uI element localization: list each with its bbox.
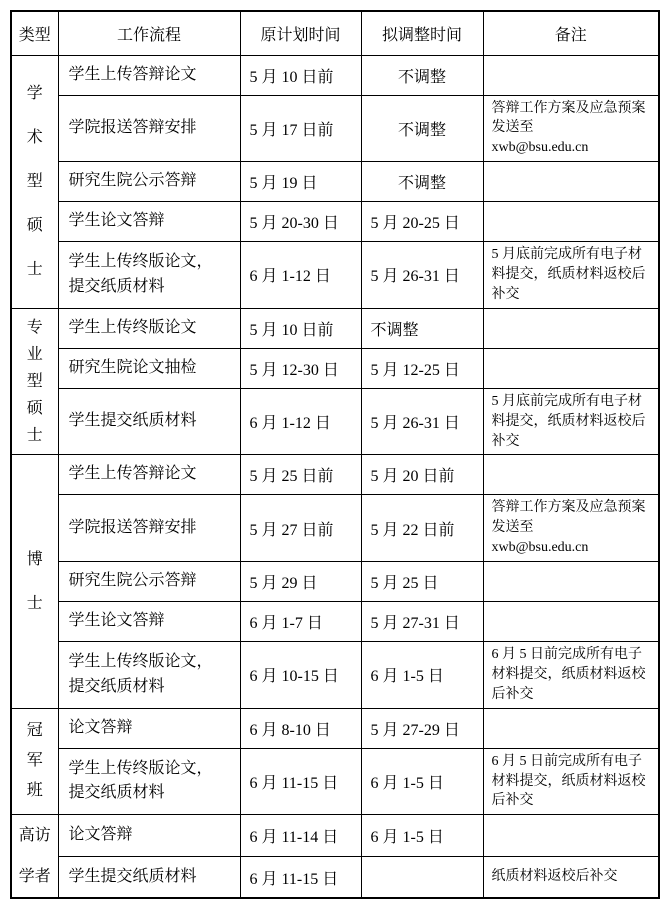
adjusted-time-cell: 5 月 20 日前 [361, 455, 483, 495]
type-label-line: 术 [12, 116, 58, 160]
process-cell: 学生论文答辩 [58, 202, 240, 242]
table-row: 博士学生上传答辩论文5 月 25 日前5 月 20 日前 [11, 455, 659, 495]
planned-time-cell: 6 月 11-14 日 [240, 815, 361, 857]
adjusted-time-cell [361, 857, 483, 899]
table-row: 学生上传终版论文，提交纸质材料6 月 1-12 日5 月 26-31 日5 月底… [11, 242, 659, 309]
remark-cell: 答辩工作方案及应急预案发送至 xwb@bsu.edu.cn [483, 95, 659, 162]
type-label-line: 士 [12, 582, 58, 626]
type-label-line: 学 [12, 72, 58, 116]
planned-time-cell: 6 月 1-7 日 [240, 602, 361, 642]
table-row: 研究生院公示答辩5 月 19 日不调整 [11, 162, 659, 202]
remark-cell: 5 月底前完成所有电子材料提交，纸质材料返校后补交 [483, 388, 659, 455]
type-cell: 高访学者 [11, 815, 58, 899]
type-label-line: 业 [12, 341, 58, 368]
adjusted-time-cell: 不调整 [361, 308, 483, 348]
planned-time-cell: 5 月 27 日前 [240, 495, 361, 562]
planned-time-cell: 6 月 10-15 日 [240, 642, 361, 709]
planned-time-cell: 6 月 1-12 日 [240, 388, 361, 455]
type-label-line: 博 [12, 538, 58, 582]
type-label-line: 高访 [12, 815, 58, 856]
adjusted-time-cell: 不调整 [361, 95, 483, 162]
table-row: 学院报送答辩安排5 月 27 日前5 月 22 日前答辩工作方案及应急预案发送至… [11, 495, 659, 562]
column-header-planned-time: 原计划时间 [240, 11, 361, 55]
process-cell: 研究生院论文抽检 [58, 348, 240, 388]
column-header-remark: 备注 [483, 11, 659, 55]
type-label-line: 硕 [12, 204, 58, 248]
remark-cell [483, 55, 659, 95]
process-cell: 学生上传终版论文，提交纸质材料 [58, 642, 240, 709]
table-row: 学生上传终版论文，提交纸质材料6 月 10-15 日6 月 1-5 日6 月 5… [11, 642, 659, 709]
adjusted-time-cell: 5 月 26-31 日 [361, 242, 483, 309]
table-row: 学生上传终版论文，提交纸质材料6 月 11-15 日6 月 1-5 日6 月 5… [11, 748, 659, 815]
adjusted-time-cell: 5 月 27-29 日 [361, 708, 483, 748]
remark-cell: 答辩工作方案及应急预案发送至 xwb@bsu.edu.cn [483, 495, 659, 562]
adjusted-time-cell: 5 月 26-31 日 [361, 388, 483, 455]
adjusted-time-cell: 6 月 1-5 日 [361, 642, 483, 709]
adjusted-time-cell: 5 月 12-25 日 [361, 348, 483, 388]
schedule-table: 类型 工作流程 原计划时间 拟调整时间 备注 学术型硕士学生上传答辩论文5 月 … [10, 10, 660, 899]
remark-cell: 5 月底前完成所有电子材料提交，纸质材料返校后补交 [483, 242, 659, 309]
planned-time-cell: 5 月 20-30 日 [240, 202, 361, 242]
process-cell: 学生上传终版论文，提交纸质材料 [58, 242, 240, 309]
type-label-line: 专 [12, 314, 58, 341]
process-cell: 论文答辩 [58, 815, 240, 857]
type-label-line: 班 [12, 776, 58, 806]
column-header-process: 工作流程 [58, 11, 240, 55]
type-label-line: 学者 [12, 856, 58, 897]
type-label-line: 军 [12, 746, 58, 776]
adjusted-time-cell: 5 月 22 日前 [361, 495, 483, 562]
process-cell: 学院报送答辩安排 [58, 495, 240, 562]
remark-cell [483, 708, 659, 748]
table-row: 冠军班论文答辩6 月 8-10 日5 月 27-29 日 [11, 708, 659, 748]
remark-cell [483, 202, 659, 242]
process-cell: 学生上传答辩论文 [58, 55, 240, 95]
planned-time-cell: 6 月 11-15 日 [240, 748, 361, 815]
remark-cell [483, 602, 659, 642]
remark-cell [483, 162, 659, 202]
planned-time-cell: 5 月 25 日前 [240, 455, 361, 495]
process-cell: 学生上传终版论文，提交纸质材料 [58, 748, 240, 815]
header-row: 类型 工作流程 原计划时间 拟调整时间 备注 [11, 11, 659, 55]
type-label-line: 硕 [12, 395, 58, 422]
planned-time-cell: 6 月 11-15 日 [240, 857, 361, 899]
adjusted-time-cell: 5 月 27-31 日 [361, 602, 483, 642]
table-row: 高访学者论文答辩6 月 11-14 日6 月 1-5 日 [11, 815, 659, 857]
column-header-type: 类型 [11, 11, 58, 55]
process-cell: 学生论文答辩 [58, 602, 240, 642]
table-row: 专业型硕士学生上传终版论文5 月 10 日前不调整 [11, 308, 659, 348]
planned-time-cell: 5 月 19 日 [240, 162, 361, 202]
adjusted-time-cell: 5 月 20-25 日 [361, 202, 483, 242]
remark-cell: 6 月 5 日前完成所有电子材料提交，纸质材料返校后补交 [483, 642, 659, 709]
remark-cell: 纸质材料返校后补交 [483, 857, 659, 899]
adjusted-time-cell: 6 月 1-5 日 [361, 815, 483, 857]
type-cell: 冠军班 [11, 708, 58, 815]
remark-cell [483, 455, 659, 495]
planned-time-cell: 5 月 10 日前 [240, 308, 361, 348]
type-cell: 专业型硕士 [11, 308, 58, 455]
remark-cell [483, 308, 659, 348]
table-row: 学术型硕士学生上传答辩论文5 月 10 日前不调整 [11, 55, 659, 95]
type-label-line: 士 [12, 248, 58, 292]
remark-cell [483, 348, 659, 388]
type-label-line: 冠 [12, 716, 58, 746]
process-cell: 研究生院公示答辩 [58, 562, 240, 602]
type-cell: 学术型硕士 [11, 55, 58, 308]
table-header: 类型 工作流程 原计划时间 拟调整时间 备注 [11, 11, 659, 55]
type-cell: 博士 [11, 455, 58, 708]
type-label-line: 型 [12, 160, 58, 204]
type-label-line: 士 [12, 422, 58, 449]
table-row: 学生论文答辩6 月 1-7 日5 月 27-31 日 [11, 602, 659, 642]
planned-time-cell: 5 月 17 日前 [240, 95, 361, 162]
table-row: 研究生院论文抽检5 月 12-30 日5 月 12-25 日 [11, 348, 659, 388]
table-row: 学生提交纸质材料6 月 11-15 日纸质材料返校后补交 [11, 857, 659, 899]
table-row: 学院报送答辩安排5 月 17 日前不调整答辩工作方案及应急预案发送至 xwb@b… [11, 95, 659, 162]
adjusted-time-cell: 5 月 25 日 [361, 562, 483, 602]
remark-cell: 6 月 5 日前完成所有电子材料提交，纸质材料返校后补交 [483, 748, 659, 815]
process-cell: 学院报送答辩安排 [58, 95, 240, 162]
type-label-line: 型 [12, 368, 58, 395]
document-page: 类型 工作流程 原计划时间 拟调整时间 备注 学术型硕士学生上传答辩论文5 月 … [0, 0, 668, 906]
process-cell: 研究生院公示答辩 [58, 162, 240, 202]
planned-time-cell: 6 月 1-12 日 [240, 242, 361, 309]
process-cell: 学生上传答辩论文 [58, 455, 240, 495]
remark-cell [483, 562, 659, 602]
table-row: 学生提交纸质材料6 月 1-12 日5 月 26-31 日5 月底前完成所有电子… [11, 388, 659, 455]
adjusted-time-cell: 6 月 1-5 日 [361, 748, 483, 815]
table-row: 研究生院公示答辩5 月 29 日5 月 25 日 [11, 562, 659, 602]
table-body: 学术型硕士学生上传答辩论文5 月 10 日前不调整学院报送答辩安排5 月 17 … [11, 55, 659, 898]
table-row: 学生论文答辩5 月 20-30 日5 月 20-25 日 [11, 202, 659, 242]
planned-time-cell: 6 月 8-10 日 [240, 708, 361, 748]
planned-time-cell: 5 月 12-30 日 [240, 348, 361, 388]
column-header-adjusted-time: 拟调整时间 [361, 11, 483, 55]
process-cell: 学生上传终版论文 [58, 308, 240, 348]
process-cell: 论文答辩 [58, 708, 240, 748]
adjusted-time-cell: 不调整 [361, 162, 483, 202]
adjusted-time-cell: 不调整 [361, 55, 483, 95]
remark-cell [483, 815, 659, 857]
process-cell: 学生提交纸质材料 [58, 388, 240, 455]
process-cell: 学生提交纸质材料 [58, 857, 240, 899]
planned-time-cell: 5 月 10 日前 [240, 55, 361, 95]
planned-time-cell: 5 月 29 日 [240, 562, 361, 602]
